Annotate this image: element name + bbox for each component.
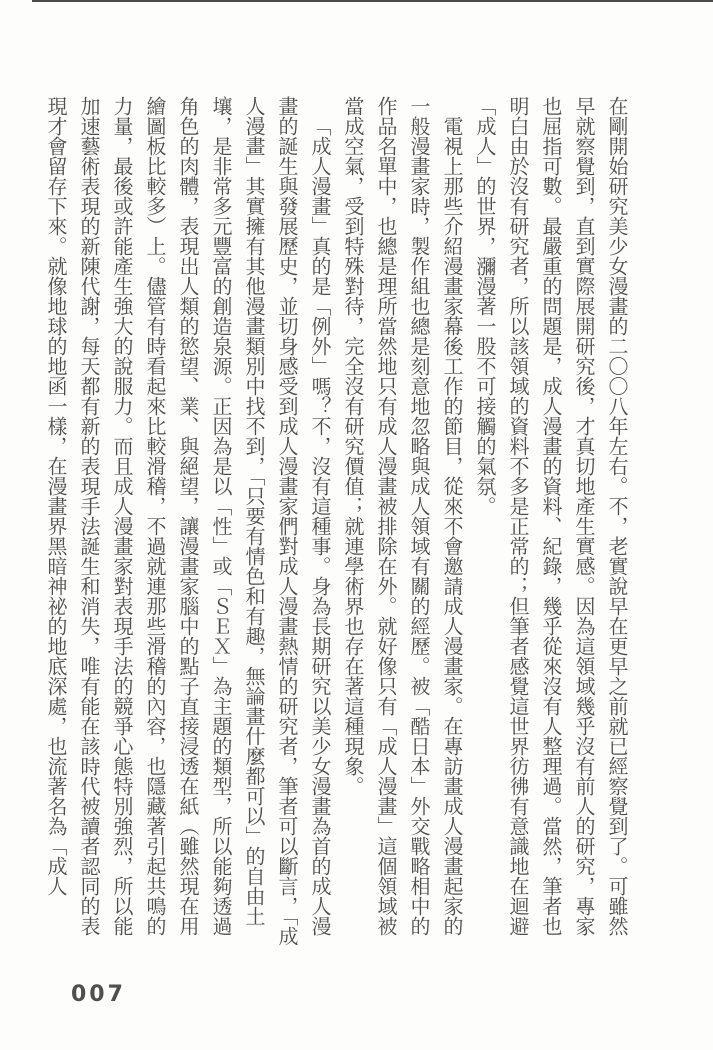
paragraph: 電視上那些介紹漫畫家幕後工作的節目，從來不會邀請成人漫畫家。在專訪畫成人漫畫起家…	[335, 96, 467, 954]
paragraph: 在剛開始研究美少女漫畫的二〇〇八年左右。不，老實說早在更早之前就已經察覺到了。可…	[467, 96, 632, 954]
scanned-book-page: 在剛開始研究美少女漫畫的二〇〇八年左右。不，老實說早在更早之前就已經察覺到了。可…	[0, 0, 713, 1050]
page-number: 007	[71, 982, 126, 1007]
paragraph: 「成人漫畫」真的是「例外」嗎？不，沒有這種事。身為長期研究以美少女漫畫為首的成人…	[38, 96, 335, 954]
vertical-text-block: 在剛開始研究美少女漫畫的二〇〇八年左右。不，老實說早在更早之前就已經察覺到了。可…	[32, 96, 632, 954]
scan-edge-artifact	[32, 0, 713, 2]
